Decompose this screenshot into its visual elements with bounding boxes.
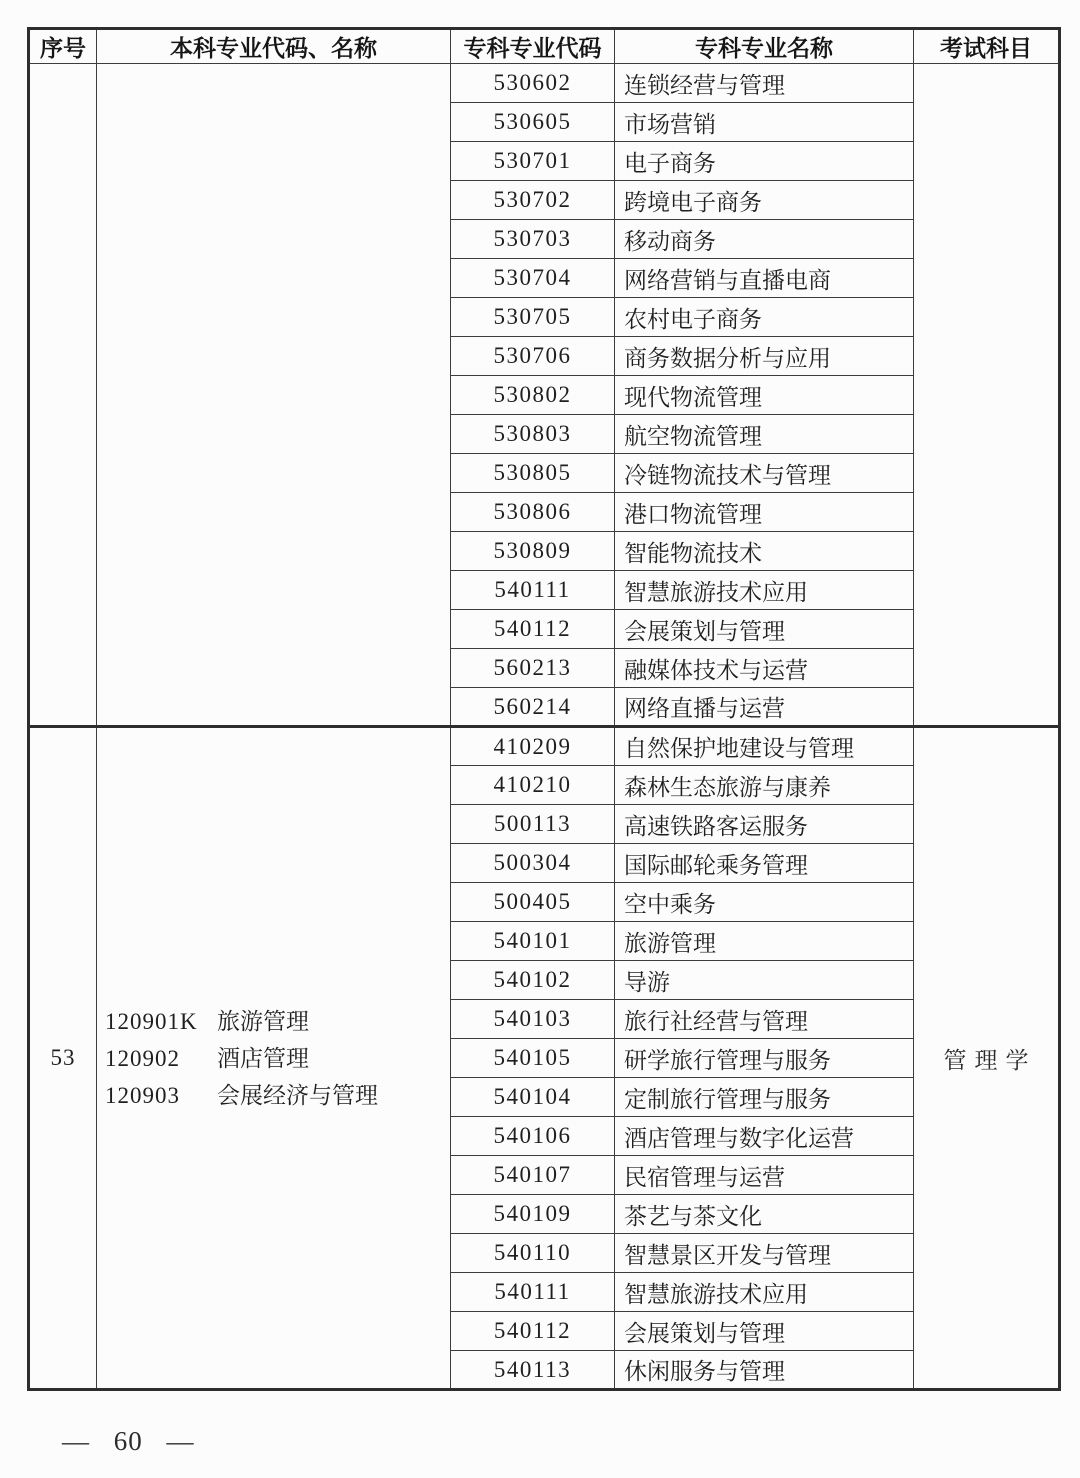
page-number: — 60 — [62,1426,195,1457]
vocational-code-cell: 530605 [451,103,615,142]
vocational-name-cell: 定制旅行管理与服务 [615,1078,914,1117]
vocational-name-cell: 酒店管理与数字化运营 [615,1117,914,1156]
vocational-code-cell: 560213 [451,649,615,688]
document-page: 序号 本科专业代码、名称 专科专业代码 专科专业名称 考试科目 530602连锁… [0,0,1080,1478]
vocational-code-cell: 530701 [451,142,615,181]
vocational-name-cell: 导游 [615,961,914,1000]
vocational-code-cell: 410210 [451,766,615,805]
table-row: 53120901K旅游管理120902酒店管理120903会展经济与管理4102… [29,727,1060,766]
row-group-1: 530602连锁经营与管理530605市场营销530701电子商务530702跨… [29,64,1060,727]
undergrad-majors-cell [97,64,451,727]
vocational-name-cell: 会展策划与管理 [615,1312,914,1351]
vocational-code-cell: 540109 [451,1195,615,1234]
vocational-name-cell: 跨境电子商务 [615,181,914,220]
undergrad-major-name: 酒店管理 [217,1040,309,1077]
undergrad-major-code: 120903 [105,1077,217,1114]
undergrad-major-code: 120901K [105,1003,217,1040]
vocational-code-cell: 500304 [451,844,615,883]
vocational-code-cell: 530703 [451,220,615,259]
vocational-code-cell: 540110 [451,1234,615,1273]
vocational-code-cell: 560214 [451,688,615,727]
vocational-name-cell: 森林生态旅游与康养 [615,766,914,805]
vocational-code-cell: 530706 [451,337,615,376]
vocational-code-cell: 540101 [451,922,615,961]
vocational-name-cell: 融媒体技术与运营 [615,649,914,688]
undergrad-major-code: 120902 [105,1040,217,1077]
vocational-code-cell: 530705 [451,298,615,337]
vocational-name-cell: 国际邮轮乘务管理 [615,844,914,883]
vocational-name-cell: 市场营销 [615,103,914,142]
vocational-name-cell: 自然保护地建设与管理 [615,727,914,766]
vocational-code-cell: 530806 [451,493,615,532]
vocational-name-cell: 智慧旅游技术应用 [615,571,914,610]
vocational-name-cell: 商务数据分析与应用 [615,337,914,376]
vocational-code-cell: 530802 [451,376,615,415]
vocational-name-cell: 冷链物流技术与管理 [615,454,914,493]
undergrad-major-line: 120901K旅游管理 [105,1003,450,1040]
undergrad-major-line: 120902酒店管理 [105,1040,450,1077]
vocational-name-cell: 连锁经营与管理 [615,64,914,103]
vocational-code-cell: 530809 [451,532,615,571]
majors-correspondence-table: 序号 本科专业代码、名称 专科专业代码 专科专业名称 考试科目 530602连锁… [27,27,1061,1391]
vocational-name-cell: 旅游管理 [615,922,914,961]
undergrad-major-line: 120903会展经济与管理 [105,1077,450,1114]
exam-subject-cell: 管理学 [914,727,1060,1390]
vocational-code-cell: 540103 [451,1000,615,1039]
vocational-code-cell: 530805 [451,454,615,493]
row-group-2: 53120901K旅游管理120902酒店管理120903会展经济与管理4102… [29,727,1060,1390]
vocational-code-cell: 530803 [451,415,615,454]
col-header-exam-subject: 考试科目 [914,29,1060,64]
vocational-code-cell: 530704 [451,259,615,298]
undergrad-major-name: 旅游管理 [217,1003,309,1040]
vocational-code-cell: 540111 [451,1273,615,1312]
vocational-code-cell: 410209 [451,727,615,766]
vocational-code-cell: 540107 [451,1156,615,1195]
vocational-name-cell: 研学旅行管理与服务 [615,1039,914,1078]
vocational-code-cell: 540102 [451,961,615,1000]
vocational-code-cell: 540112 [451,610,615,649]
col-header-seq: 序号 [29,29,97,64]
vocational-name-cell: 会展策划与管理 [615,610,914,649]
header-row: 序号 本科专业代码、名称 专科专业代码 专科专业名称 考试科目 [29,29,1060,64]
vocational-name-cell: 智慧景区开发与管理 [615,1234,914,1273]
seq-cell [29,64,97,727]
vocational-name-cell: 港口物流管理 [615,493,914,532]
vocational-code-cell: 540106 [451,1117,615,1156]
vocational-code-cell: 530702 [451,181,615,220]
vocational-name-cell: 智慧旅游技术应用 [615,1273,914,1312]
vocational-code-cell: 540112 [451,1312,615,1351]
col-header-vocational-name: 专科专业名称 [615,29,914,64]
vocational-name-cell: 电子商务 [615,142,914,181]
vocational-name-cell: 休闲服务与管理 [615,1351,914,1390]
col-header-vocational-code: 专科专业代码 [451,29,615,64]
vocational-name-cell: 茶艺与茶文化 [615,1195,914,1234]
vocational-name-cell: 网络直播与运营 [615,688,914,727]
seq-cell: 53 [29,727,97,1390]
vocational-name-cell: 空中乘务 [615,883,914,922]
vocational-name-cell: 旅行社经营与管理 [615,1000,914,1039]
table-row: 530602连锁经营与管理 [29,64,1060,103]
vocational-name-cell: 航空物流管理 [615,415,914,454]
vocational-code-cell: 540113 [451,1351,615,1390]
vocational-name-cell: 民宿管理与运营 [615,1156,914,1195]
undergrad-majors-cell: 120901K旅游管理120902酒店管理120903会展经济与管理 [97,727,451,1390]
vocational-code-cell: 530602 [451,64,615,103]
col-header-undergrad-code-name: 本科专业代码、名称 [97,29,451,64]
vocational-code-cell: 540105 [451,1039,615,1078]
vocational-name-cell: 高速铁路客运服务 [615,805,914,844]
vocational-code-cell: 540111 [451,571,615,610]
vocational-code-cell: 540104 [451,1078,615,1117]
vocational-name-cell: 网络营销与直播电商 [615,259,914,298]
vocational-name-cell: 移动商务 [615,220,914,259]
exam-subject-cell [914,64,1060,727]
vocational-name-cell: 农村电子商务 [615,298,914,337]
vocational-name-cell: 现代物流管理 [615,376,914,415]
vocational-code-cell: 500113 [451,805,615,844]
undergrad-major-name: 会展经济与管理 [217,1077,378,1114]
vocational-code-cell: 500405 [451,883,615,922]
vocational-name-cell: 智能物流技术 [615,532,914,571]
